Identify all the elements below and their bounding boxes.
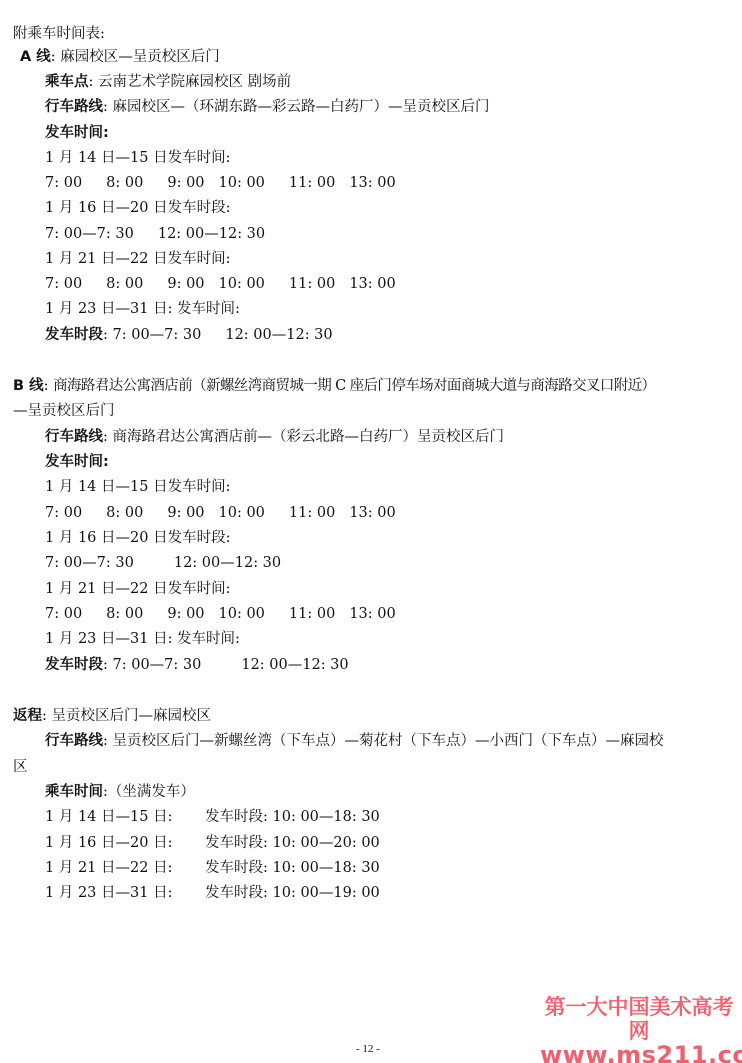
date-range: 1 月 21 日—22 日: — [45, 858, 205, 878]
page-heading: 附乘车时间表: — [13, 24, 105, 44]
line-b-final-period: 发车时段: 7: 00—7: 3012: 00—12: 30 — [45, 655, 349, 675]
line-a-title: A 线: 麻园校区—呈贡校区后门 — [20, 47, 220, 67]
time-period: 发车时段: 10: 00—18: 30 — [205, 860, 380, 876]
colon: : — [44, 378, 49, 394]
time-period: 12: 00—12: 30 — [174, 555, 281, 571]
colon: : — [103, 429, 108, 445]
final-label: 发车时段 — [45, 327, 103, 343]
return-label: 返程 — [13, 708, 42, 724]
line-b-times-2: 7: 00—7: 3012: 00—12: 30 — [45, 553, 281, 573]
time-note: （坐满发车） — [108, 784, 195, 800]
time-period: 发车时段: 10: 00—20: 00 — [205, 835, 380, 851]
time: 11: 00 — [289, 276, 335, 292]
line-a-path: 行车路线: 麻园校区—（环湖东路—彩云路—白药厂）—呈贡校区后门 — [45, 97, 490, 117]
line-a-times-1: 7: 008: 009: 0010: 0011: 0013: 00 — [45, 173, 396, 193]
time-period: 发车时段: 10: 00—18: 30 — [205, 809, 380, 825]
colon: : — [103, 99, 108, 115]
time-period: 7: 00—7: 30 — [113, 657, 202, 673]
path-value: 呈贡校区后门—新螺丝湾（下车点）—菊花村（下车点）—小西门（下车点）—麻园校 — [113, 733, 664, 749]
watermark: 第一大中国美术高考网 www.ms211.com — [540, 995, 738, 1063]
time: 8: 00 — [106, 276, 143, 292]
date-range: 1 月 14 日—15 日: — [45, 807, 205, 827]
line-a-times-3: 7: 008: 009: 0010: 0011: 0013: 00 — [45, 274, 396, 294]
colon: : — [103, 733, 108, 749]
line-b-range-2: 1 月 16 日—20 日发车时段: — [45, 528, 230, 548]
time: 10: 00 — [219, 276, 265, 292]
path-value: 商海路君达公寓酒店前—（彩云北路—白药厂）呈贡校区后门 — [113, 429, 505, 445]
time: 8: 00 — [106, 606, 143, 622]
time: 13: 00 — [349, 276, 395, 292]
line-b-range-4: 1 月 23 日—31 日: 发车时间: — [45, 629, 240, 649]
return-schedule-row: 1 月 16 日—20 日:发车时段: 10: 00—20: 00 — [45, 833, 380, 853]
time-period: 12: 00—12: 30 — [225, 327, 332, 343]
time-period: 7: 00—7: 30 — [45, 226, 134, 242]
line-a-final-period: 发车时段: 7: 00—7: 3012: 00—12: 30 — [45, 325, 333, 345]
line-b-label: B 线 — [13, 378, 44, 394]
time: 7: 00 — [45, 276, 82, 292]
line-a-route: 麻园校区—呈贡校区后门 — [60, 49, 220, 65]
line-b-range-3: 1 月 21 日—22 日发车时间: — [45, 579, 230, 599]
line-b-route: 商海路君达公寓酒店前（新螺丝湾商贸城一期 C 座后门停车场对面商城大道与商海路交… — [53, 378, 655, 394]
watermark-url: www.ms211.com — [540, 1043, 738, 1063]
return-time: 乘车时间:（坐满发车） — [45, 782, 195, 802]
return-schedule-row: 1 月 14 日—15 日:发车时段: 10: 00—18: 30 — [45, 807, 380, 827]
return-path: 行车路线: 呈贡校区后门—新螺丝湾（下车点）—菊花村（下车点）—小西门（下车点）… — [45, 731, 664, 751]
final-label: 发车时段 — [45, 657, 103, 673]
path-value: 麻园校区—（环湖东路—彩云路—白药厂）—呈贡校区后门 — [113, 99, 490, 115]
watermark-title: 第一大中国美术高考网 — [540, 995, 738, 1043]
line-a-departure-label: 发车时间: — [45, 123, 109, 143]
time-period: 12: 00—12: 30 — [158, 226, 265, 242]
return-schedule-row: 1 月 23 日—31 日:发车时段: 10: 00—19: 00 — [45, 883, 380, 903]
colon: : — [103, 657, 108, 673]
time: 13: 00 — [349, 505, 395, 521]
time: 7: 00 — [45, 606, 82, 622]
return-schedule-row: 1 月 21 日—22 日:发车时段: 10: 00—18: 30 — [45, 858, 380, 878]
pickup-label: 乘车点 — [45, 74, 89, 90]
colon: : — [51, 49, 56, 65]
time: 13: 00 — [349, 175, 395, 191]
line-b-route-cont: —呈贡校区后门 — [13, 401, 115, 421]
line-a-range-1: 1 月 14 日—15 日发车时间: — [45, 148, 230, 168]
time: 11: 00 — [289, 505, 335, 521]
time-period: 发车时段: 10: 00—19: 00 — [205, 885, 380, 901]
path-label: 行车路线 — [45, 99, 103, 115]
time: 7: 00 — [45, 175, 82, 191]
time: 10: 00 — [219, 175, 265, 191]
time: 13: 00 — [349, 606, 395, 622]
line-b-range-1: 1 月 14 日—15 日发车时间: — [45, 477, 230, 497]
time-label: 乘车时间 — [45, 784, 103, 800]
pickup-value: 云南艺术学院麻园校区 剧场前 — [98, 74, 291, 90]
time: 9: 00 — [167, 606, 204, 622]
line-a-label: A 线 — [20, 49, 51, 65]
line-a-range-2: 1 月 16 日—20 日发车时段: — [45, 198, 230, 218]
line-b-path: 行车路线: 商海路君达公寓酒店前—（彩云北路—白药厂）呈贡校区后门 — [45, 427, 504, 447]
line-b-title: B 线: 商海路君达公寓酒店前（新螺丝湾商贸城一期 C 座后门停车场对面商城大道… — [13, 376, 655, 396]
date-range: 1 月 16 日—20 日: — [45, 833, 205, 853]
colon: : — [89, 74, 94, 90]
path-label: 行车路线 — [45, 733, 103, 749]
time: 9: 00 — [167, 505, 204, 521]
time: 9: 00 — [167, 175, 204, 191]
page-number: - 12 - — [356, 1043, 380, 1055]
time: 8: 00 — [106, 175, 143, 191]
time-period: 7: 00—7: 30 — [113, 327, 202, 343]
time: 9: 00 — [167, 276, 204, 292]
time: 11: 00 — [289, 606, 335, 622]
time: 7: 00 — [45, 505, 82, 521]
line-b-times-3: 7: 008: 009: 0010: 0011: 0013: 00 — [45, 604, 396, 624]
return-path-cont: 区 — [13, 757, 28, 777]
line-a-pickup: 乘车点: 云南艺术学院麻园校区 剧场前 — [45, 72, 291, 92]
return-route: 呈贡校区后门—麻园校区 — [52, 708, 212, 724]
time-period: 7: 00—7: 30 — [45, 555, 134, 571]
line-a-times-2: 7: 00—7: 3012: 00—12: 30 — [45, 224, 265, 244]
line-b-times-1: 7: 008: 009: 0010: 0011: 0013: 00 — [45, 503, 396, 523]
time: 11: 00 — [289, 175, 335, 191]
time: 8: 00 — [106, 505, 143, 521]
time: 10: 00 — [219, 606, 265, 622]
line-a-range-4: 1 月 23 日—31 日: 发车时间: — [45, 299, 240, 319]
line-b-departure-label: 发车时间: — [45, 452, 109, 472]
time: 10: 00 — [219, 505, 265, 521]
return-title: 返程: 呈贡校区后门—麻园校区 — [13, 706, 211, 726]
date-range: 1 月 23 日—31 日: — [45, 883, 205, 903]
time-period: 12: 00—12: 30 — [241, 657, 348, 673]
colon: : — [42, 708, 47, 724]
colon: : — [103, 327, 108, 343]
path-label: 行车路线 — [45, 429, 103, 445]
line-a-range-3: 1 月 21 日—22 日发车时间: — [45, 249, 230, 269]
